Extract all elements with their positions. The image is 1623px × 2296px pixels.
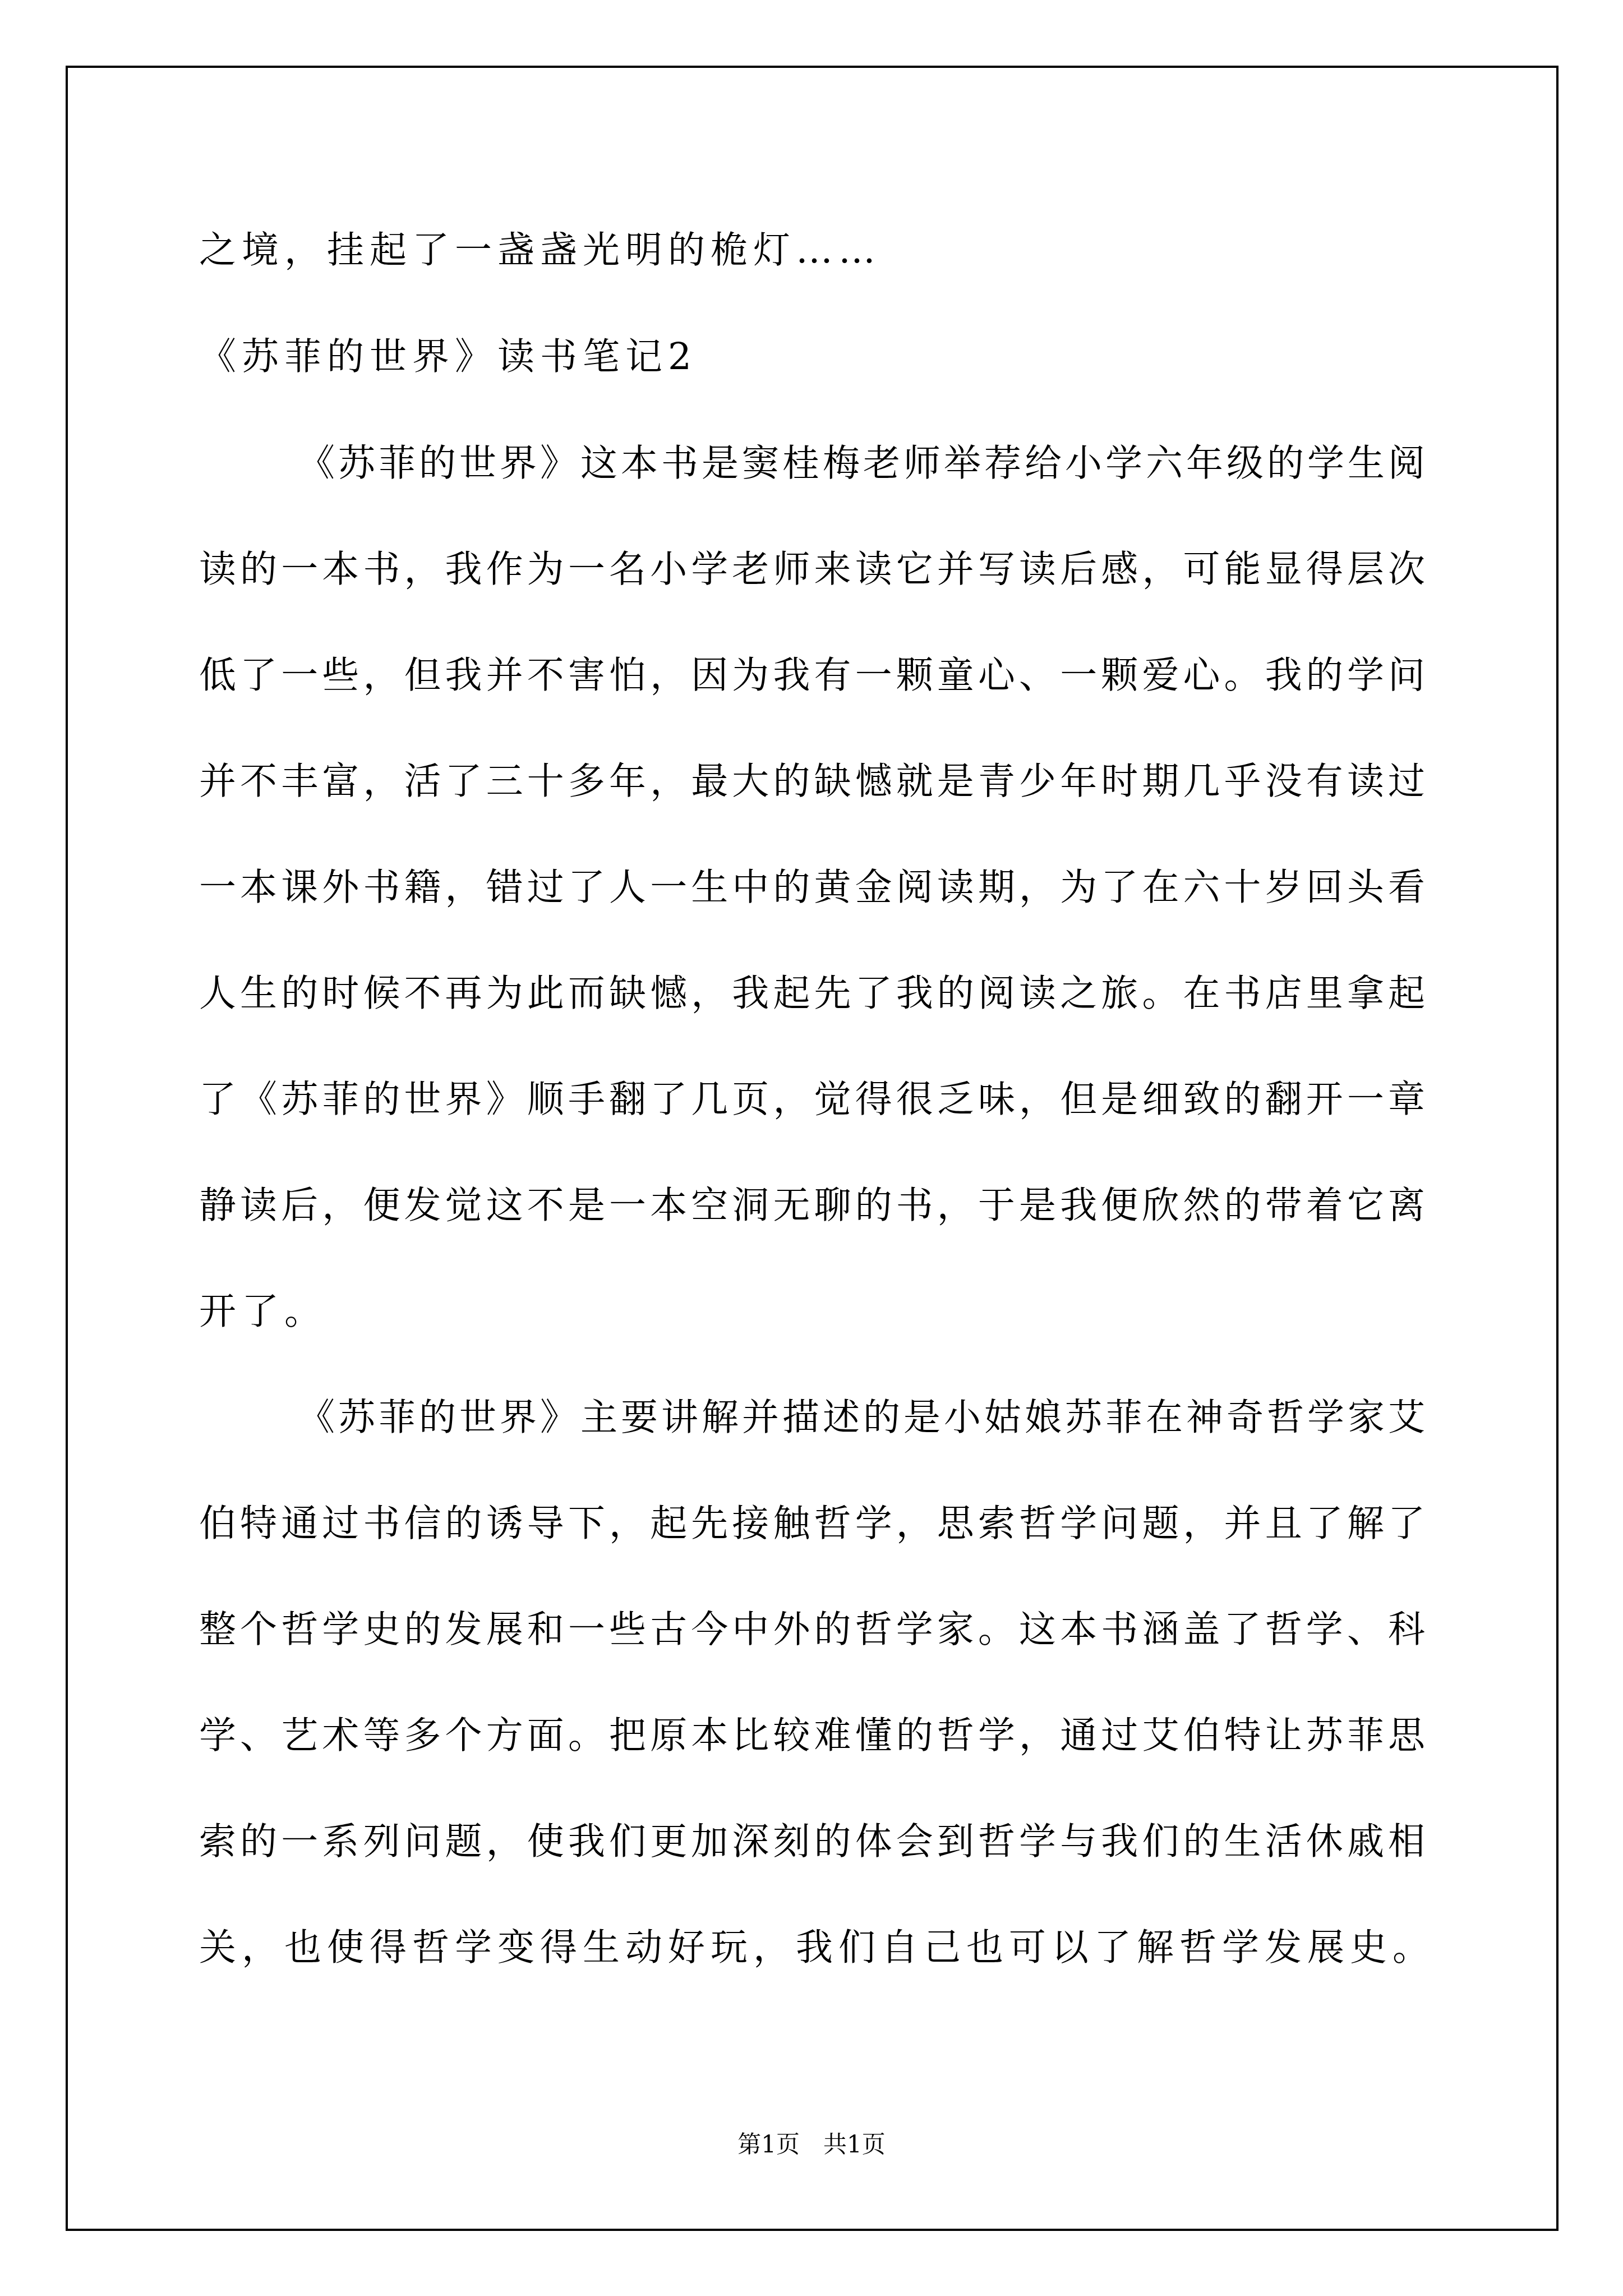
paragraph-2-line-6: 关，也使得哲学变得生动好玩，我们自己也可以了解哲学发展史。 [199, 1927, 1425, 1968]
paragraph-1-line-5: 一本课外书籍，错过了人一生中的黄金阅读期，为了在六十岁回头看 [199, 867, 1425, 908]
paragraph-1-line-1: 《苏菲的世界》这本书是窦桂梅老师举荐给小学六年级的学生阅 [298, 443, 1425, 484]
paragraph-1-line-8: 静读后，便发觉这不是一本空洞无聊的书，于是我便欣然的带着它离 [199, 1185, 1425, 1226]
section-heading: 《苏菲的世界》读书笔记2 [199, 337, 1425, 377]
paragraph-1-line-2: 读的一本书，我作为一名小学老师来读它并写读后感，可能显得层次 [199, 549, 1425, 590]
paragraph-2-line-4: 学、艺术等多个方面。把原本比较难懂的哲学，通过艾伯特让苏菲思 [199, 1715, 1425, 1756]
paragraph-1-line-6: 人生的时候不再为此而缺憾，我起先了我的阅读之旅。在书店里拿起 [199, 973, 1425, 1014]
paragraph-2-line-5: 索的一系列问题，使我们更加深刻的体会到哲学与我们的生活休戚相 [199, 1821, 1425, 1862]
page-frame [66, 66, 1559, 2231]
paragraph-2-line-3: 整个哲学史的发展和一些古今中外的哲学家。这本书涵盖了哲学、科 [199, 1609, 1425, 1650]
page-number-footer: 第1页 共1页 [0, 2131, 1623, 2159]
paragraph-1-line-3: 低了一些，但我并不害怕，因为我有一颗童心、一颗爱心。我的学问 [199, 655, 1425, 696]
paragraph-2-line-2: 伯特通过书信的诱导下，起先接触哲学，思索哲学问题，并且了解了 [199, 1503, 1425, 1544]
paragraph-1-line-4: 并不丰富，活了三十多年，最大的缺憾就是青少年时期几乎没有读过 [199, 761, 1425, 802]
paragraph-2-line-1: 《苏菲的世界》主要讲解并描述的是小姑娘苏菲在神奇哲学家艾 [298, 1397, 1425, 1438]
paragraph-1-line-9: 开了。 [199, 1291, 1425, 1332]
continuation-line: 之境，挂起了一盏盏光明的桅灯…… [199, 230, 1425, 270]
paragraph-1-line-7: 了《苏菲的世界》顺手翻了几页，觉得很乏味，但是细致的翻开一章 [199, 1079, 1425, 1120]
